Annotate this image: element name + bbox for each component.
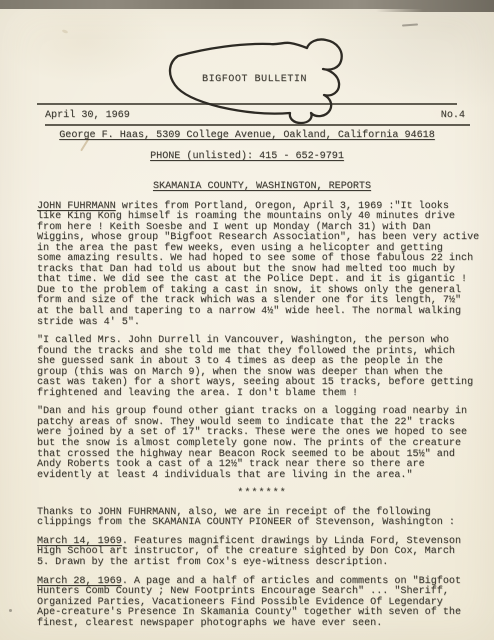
paragraph-durrell-call: "I called Mrs. John Durrell in Vancouver… xyxy=(37,336,487,399)
masthead-phone: PHONE (unlisted): 415 - 652-9791 xyxy=(0,152,494,163)
masthead-title: BIGFOOT BULLETIN xyxy=(162,75,347,86)
newsletter-page: BIGFOOT BULLETIN April 30, 1969 No.4 Geo… xyxy=(0,0,494,640)
pencil-mark xyxy=(402,23,418,26)
paper-speck xyxy=(9,609,12,612)
paragraph-giant-tracks: "Dan and his group found other giant tra… xyxy=(37,407,487,481)
scan-edge-band xyxy=(0,0,494,9)
asterisk-divider: ******* xyxy=(37,489,487,500)
paragraph-text: writes from Portland, Oregon, April 3, 1… xyxy=(37,201,479,328)
article-body: SKAMANIA COUNTY, WASHINGTON, REPORTS JOH… xyxy=(37,182,487,637)
section-heading: SKAMANIA COUNTY, WASHINGTON, REPORTS xyxy=(37,182,487,193)
issue-date: April 30, 1969 xyxy=(45,111,130,122)
issue-number: No.4 xyxy=(441,111,465,122)
author-name: JOHN FUHRMANN xyxy=(37,201,116,212)
paragraph-fuhrmann-report: JOHN FUHRMANN writes from Portland, Oreg… xyxy=(37,202,487,329)
paragraph-clipping-march14: March 14, 1969. Features magnificent dra… xyxy=(37,537,487,569)
paper-fleck xyxy=(62,29,69,34)
paragraph-thanks: Thanks to JOHN FUHRMANN, also, we are in… xyxy=(37,508,487,529)
scan-edge-band-right xyxy=(376,9,494,12)
masthead-address: George F. Haas, 5309 College Avenue, Oak… xyxy=(0,131,494,142)
paragraph-clipping-march28: March 28, 1969. A page and a half of art… xyxy=(37,577,487,630)
clipping-date: March 28, 1969 xyxy=(37,576,122,587)
